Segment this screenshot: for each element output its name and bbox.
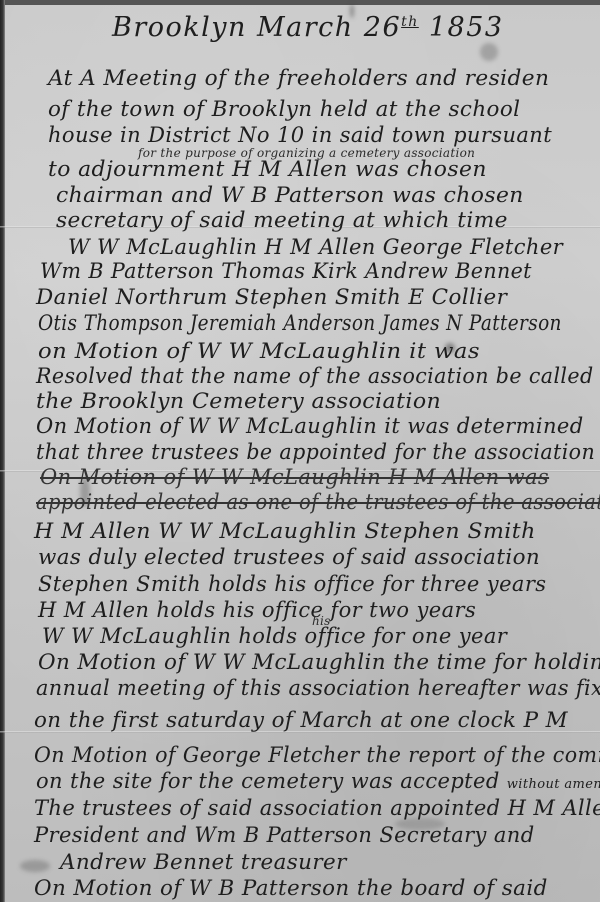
- struck-text-line: On Motion of W W McLaughlin H M Allen wa…: [40, 465, 549, 489]
- document-page: Brooklyn March 26th 1853 At A Meeting of…: [0, 0, 600, 902]
- text-line: W W McLaughlin H M Allen George Fletcher: [68, 235, 563, 259]
- text-line: on Motion of W W McLaughlin it was: [38, 339, 480, 363]
- text-line: H M Allen holds his office for two years: [38, 598, 476, 622]
- text-line: Resolved that the name of the associatio…: [36, 364, 594, 388]
- text-line: Otis Thompson Jeremiah Anderson James N …: [38, 311, 562, 335]
- text-line: annual meeting of this association herea…: [36, 676, 600, 700]
- text-segment-small: without amendment: [507, 777, 600, 792]
- heading-place: Brooklyn: [112, 12, 247, 43]
- scan-top-border: [0, 0, 600, 5]
- text-line: to adjournment H M Allen was chosen: [48, 157, 487, 181]
- text-line: that three trustees be appointed for the…: [36, 440, 595, 464]
- text-line: secretary of said meeting at which time: [56, 208, 508, 232]
- text-line: chairman and W B Patterson was chosen: [56, 183, 524, 207]
- text-line: On Motion of W W McLaughlin it was deter…: [36, 414, 584, 438]
- heading-year: 1853: [429, 12, 504, 43]
- text-line: Daniel Northrum Stephen Smith E Collier: [36, 285, 507, 309]
- text-line: At A Meeting of the freeholders and resi…: [48, 66, 549, 90]
- scan-left-border: [0, 0, 5, 902]
- text-line: The trustees of said association appoint…: [34, 796, 600, 820]
- text-segment: on the site for the cemetery was accepte…: [36, 769, 500, 793]
- text-line: the Brooklyn Cemetery association: [36, 389, 441, 413]
- text-line: Andrew Bennet treasurer: [60, 850, 347, 874]
- text-line: On Motion of W B Patterson the board of …: [34, 876, 548, 900]
- ink-stain: [480, 43, 498, 61]
- text-line: Stephen Smith holds his office for three…: [38, 572, 546, 596]
- text-line: on the site for the cemetery was accepte…: [36, 769, 600, 793]
- text-line: house in District No 10 in said town pur…: [48, 123, 552, 147]
- text-line: On Motion of W W McLaughlin the time for…: [38, 650, 600, 674]
- text-line: of the town of Brooklyn held at the scho…: [48, 97, 520, 121]
- heading-day-suffix: th: [401, 14, 419, 30]
- heading-day: 26: [364, 12, 401, 43]
- text-line: Wm B Patterson Thomas Kirk Andrew Bennet: [40, 259, 532, 283]
- heading-month: March: [257, 12, 354, 43]
- struck-text-line: appointed elected as one of the trustees…: [36, 490, 600, 514]
- text-line: W W McLaughlin holds office for one year: [42, 624, 507, 648]
- text-line: was duly elected trustees of said associ…: [38, 545, 540, 569]
- text-line: on the first saturday of March at one cl…: [34, 708, 568, 732]
- text-line: President and Wm B Patterson Secretary a…: [34, 823, 535, 847]
- document-heading: Brooklyn March 26th 1853: [112, 12, 504, 43]
- ink-stain: [20, 860, 50, 872]
- text-line: On Motion of George Fletcher the report …: [34, 743, 600, 767]
- text-line: H M Allen W W McLaughlin Stephen Smith: [34, 519, 536, 543]
